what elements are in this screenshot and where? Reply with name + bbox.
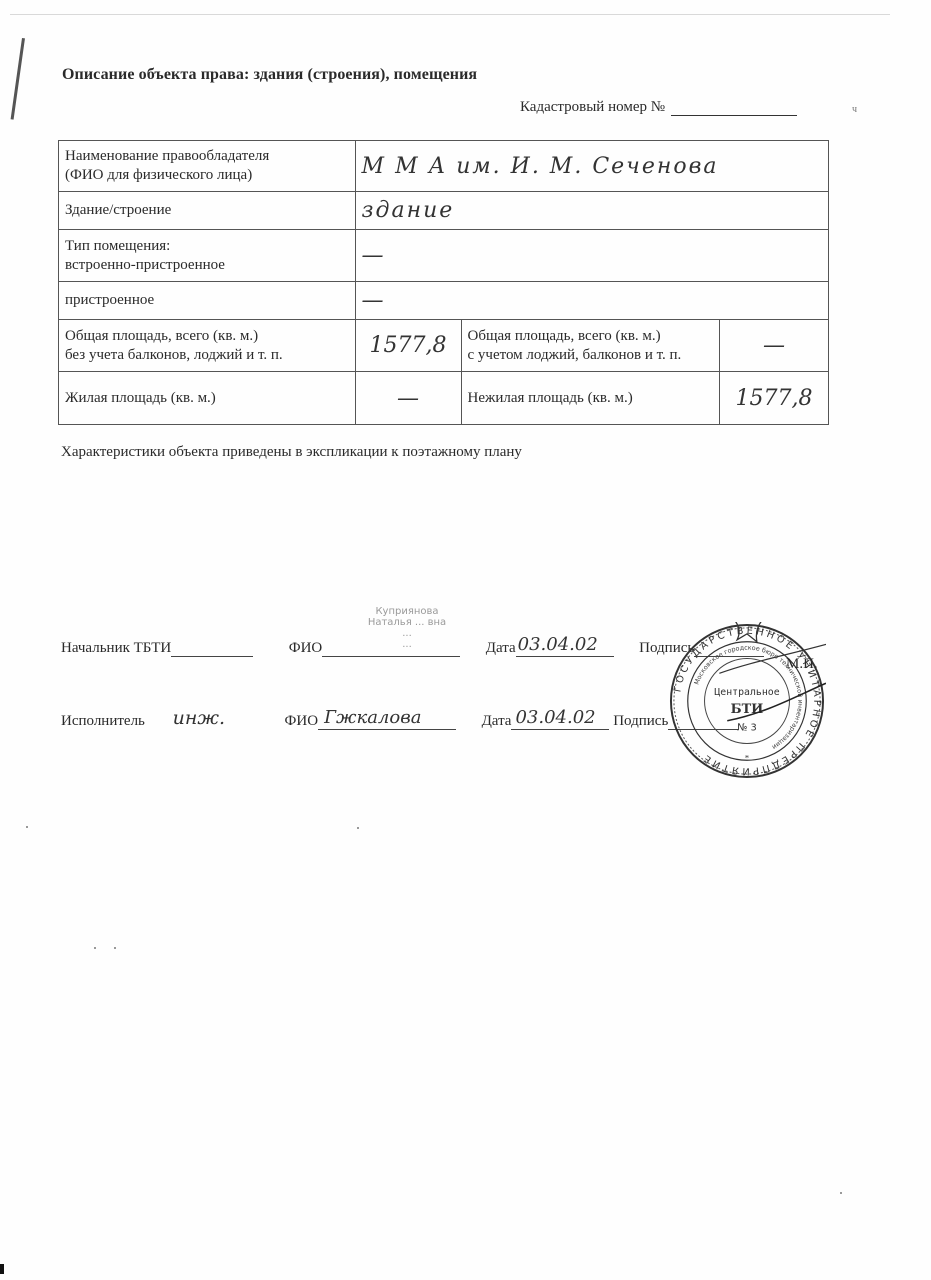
owner-label-line2: (ФИО для физического лица) xyxy=(65,166,349,185)
document-title: Описание объекта права: здания (строения… xyxy=(62,66,477,84)
scan-speck xyxy=(357,827,359,829)
executor-date-value: 03.04.02 xyxy=(515,707,595,728)
premises-type-label: Тип помещения: встроенно-пристроенное xyxy=(59,230,356,282)
chief-role-line[interactable] xyxy=(171,638,253,657)
scan-speck xyxy=(840,1192,842,1194)
living-area-label: Жилая площадь (кв. м.) xyxy=(59,372,356,425)
living-area-value[interactable]: — xyxy=(355,372,461,425)
table-row-owner: Наименование правообладателя (ФИО для фи… xyxy=(59,141,829,192)
total-area-incl-value[interactable]: — xyxy=(720,320,829,372)
chief-date-value: 03.04.02 xyxy=(518,634,598,655)
seal-center-line1: Центральное xyxy=(714,687,779,698)
non-living-area-value[interactable]: 1577,8 xyxy=(720,372,829,425)
premises-type-label-line1: Тип помещения: xyxy=(65,237,349,256)
total-area-excl-label: Общая площадь, всего (кв. м.) без учета … xyxy=(59,320,356,372)
executor-fio-value: Гжкалова xyxy=(324,707,421,728)
executor-position-value: инж. xyxy=(173,707,225,729)
total-area-excl-label-line1: Общая площадь, всего (кв. м.) xyxy=(65,327,349,346)
scan-speck xyxy=(94,947,96,949)
seal-center-line2: БТИ xyxy=(731,702,764,717)
scan-top-edge xyxy=(10,14,890,15)
total-area-incl-label-line1: Общая площадь, всего (кв. м.) xyxy=(468,327,714,346)
cadastral-number: Кадастровый номер № xyxy=(520,99,797,116)
scan-speck xyxy=(114,947,116,949)
executor-role-label: Исполнитель xyxy=(61,713,145,729)
chief-fio-stamp-line: ... xyxy=(342,628,472,639)
table-row-building: Здание/строение здание xyxy=(59,192,829,230)
table-row-attached: пристроенное — xyxy=(59,282,829,320)
signature-row-executor: Исполнитель инж. ФИОГжкалова Дата03.04.0… xyxy=(61,708,738,730)
explication-note: Характеристики объекта приведены в экспл… xyxy=(61,444,522,461)
margin-pen-stroke xyxy=(11,38,25,120)
chief-fio-stamp-line: Куприянова xyxy=(342,606,472,617)
total-area-excl-label-line2: без учета балконов, лоджий и т. п. xyxy=(65,346,349,365)
seal-center-line3: № 3 xyxy=(737,723,757,734)
attached-label: пристроенное xyxy=(59,282,356,320)
table-row-premises-type: Тип помещения: встроенно-пристроенное — xyxy=(59,230,829,282)
owner-label-line1: Наименование правообладателя xyxy=(65,147,349,166)
non-living-area-label: Нежилая площадь (кв. м.) xyxy=(461,372,720,425)
owner-label: Наименование правообладателя (ФИО для фи… xyxy=(59,141,356,192)
table-row-total-area: Общая площадь, всего (кв. м.) без учета … xyxy=(59,320,829,372)
executor-sign-label: Подпись xyxy=(613,713,668,729)
chief-role-label: Начальник ТБТИ xyxy=(61,640,171,656)
chief-fio-stamp-line: Наталья ... вна xyxy=(342,617,472,628)
building-value[interactable]: здание xyxy=(355,192,828,230)
seal-place-label: М.П. xyxy=(786,656,818,673)
built-in-value[interactable]: — xyxy=(355,230,828,282)
official-seal-stamp: ГОСУДАРСТВЕННОЕ УНИТАРНОЕ ПРЕДПРИЯТИЕ Мо… xyxy=(668,622,826,780)
premises-type-label-line2: встроенно-пристроенное xyxy=(65,256,349,275)
chief-date-field[interactable]: 03.04.02 xyxy=(516,638,614,657)
executor-fio-label: ФИО xyxy=(285,713,319,729)
total-area-incl-label-line2: с учетом лоджий, балконов и т. п. xyxy=(468,346,714,365)
building-label: Здание/строение xyxy=(59,192,356,230)
total-area-excl-value[interactable]: 1577,8 xyxy=(355,320,461,372)
owner-value[interactable]: М М А им. И. М. Сеченова xyxy=(355,141,828,192)
chief-fio-stamp-line: ... xyxy=(342,639,472,650)
cadastral-label: Кадастровый номер № xyxy=(520,99,665,115)
seal-star-icon: * xyxy=(745,752,750,762)
chief-fio-stamp: Куприянова Наталья ... вна ... ... xyxy=(342,606,472,650)
corner-mark: ч xyxy=(852,104,857,115)
executor-fio-field[interactable]: Гжкалова xyxy=(318,711,456,730)
cadastral-number-field[interactable] xyxy=(671,101,797,116)
chief-fio-label: ФИО xyxy=(289,640,323,656)
scan-edge-mark xyxy=(0,1264,4,1274)
scan-speck xyxy=(26,826,28,828)
attached-value[interactable]: — xyxy=(355,282,828,320)
total-area-incl-label: Общая площадь, всего (кв. м.) с учетом л… xyxy=(461,320,720,372)
object-description-table: Наименование правообладателя (ФИО для фи… xyxy=(58,140,829,425)
executor-date-field[interactable]: 03.04.02 xyxy=(511,711,609,730)
executor-date-label: Дата xyxy=(482,713,512,729)
chief-date-label: Дата xyxy=(486,640,516,656)
table-row-living-area: Жилая площадь (кв. м.) — Нежилая площадь… xyxy=(59,372,829,425)
